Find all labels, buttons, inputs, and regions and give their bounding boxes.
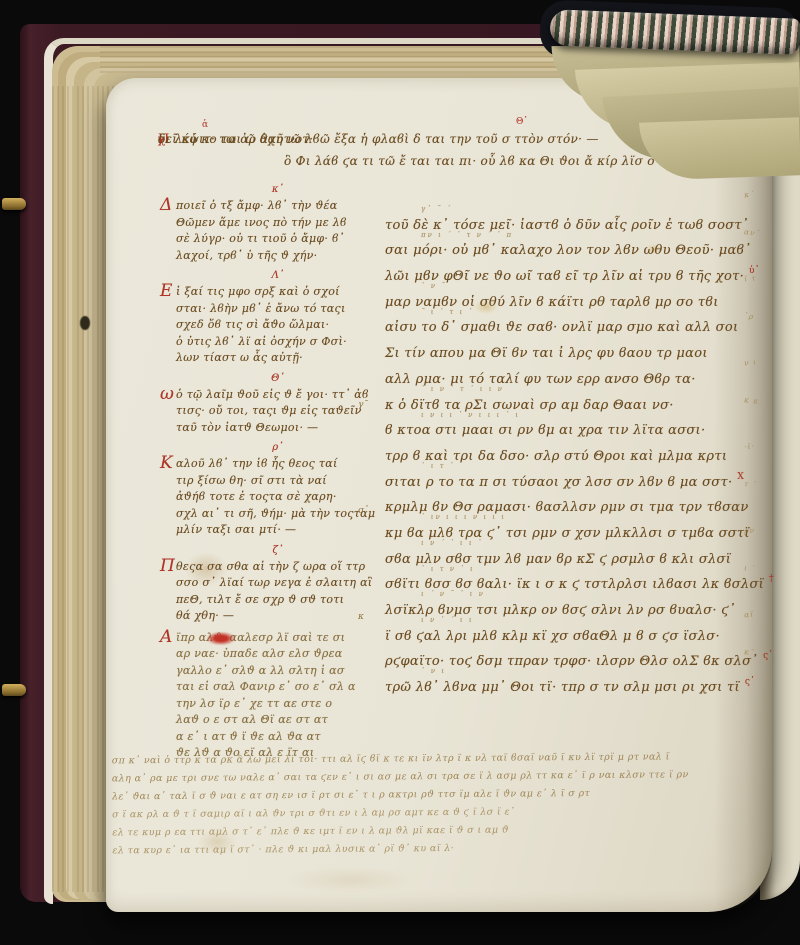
marginal-mark: σ᾽ [358,506,384,516]
interlinear-gloss: ᾽ ι ν ᾽ τ ᾽ ι ι ν [421,385,504,393]
marginal-mark: αν῀ [744,227,799,242]
rubric-superscript: Θ᾽ [516,117,528,127]
marginal-mark: ·ϊ· [744,438,799,452]
intercolumn-notes: γ῀σ᾽κ [358,400,384,622]
text-line: ι ν ᾽ ΄ ι ιϊ σϐ ϛαλ λρι μλϐ κλμ κϊ χσ σϐ… [385,621,777,647]
paragraph-text: ποιεῖ ὁ τξ ἄμφ· λϐ᾽ τὴν ϑέα Θῶμεν ἅμε ιν… [176,198,393,264]
paragraph-body: Δποιεῖ ὁ τξ ἄμφ· λϐ᾽ τὴν ϑέα Θῶμεν ἅμε ι… [163,198,393,264]
line-text: Σι τίν απου μα Θϊ ϐν ται ἰ λρς φυ ϐαου τ… [385,346,708,361]
interlinear-gloss: πν ι ΄ ᾽ τ ν ΄ ᾽ π [421,231,513,239]
paragraph-text: ἰ ξαί τις μφο σρξ καὶ ὁ σχοί σται· λϐὴν … [176,284,393,367]
line-text: σιται ρ το τα π σι τύσαοι χσ λσσ σν λϐν … [385,472,744,490]
marginal-mark: κ [358,612,384,622]
text-line: Σι τίν απου μα Θϊ ϐν ται ἰ λρς φυ ϐαου τ… [385,338,777,364]
interlinear-gloss: ῀ ι ᾽ τ ι ᾽ [421,308,474,316]
interlinear-gloss: ᾽ ι τ ν ᾽ ι [421,565,475,573]
marginal-mark: κ΄ [744,186,799,200]
brass-clasp-pin-lower [2,684,26,696]
rubric-initial: ω [160,384,174,404]
text-line: πν ι ΄ ᾽ τ ν ΄ ᾽ πσαι μόρι· οὐ μϐ᾽ καλαχ… [385,236,777,262]
rubric-superscript: ἁ [202,120,208,130]
interlinear-gloss: ᾽ ιν ι ι ι ν ι ι ι [421,513,506,521]
rubric-initial: Δ [160,195,173,215]
text-line: ᾽ ι τ ᾽σιται ρ το τα π σι τύσαοι χσ λσσ … [385,467,777,493]
page-edge-striations [52,86,114,892]
parchment-stain [286,866,416,894]
marginal-mark: τ ᾽ [744,479,799,494]
dark-speck [80,316,90,330]
marginal-mark: αϊ [744,606,799,620]
interlinear-gloss: ι ν ᾽ ΄ ι ι [421,616,474,624]
right-margin-notes: κ΄αν῀ϊ τ᾽ρν ικ κ·ϊ·τ ᾽ρνι ᾽αϊκ῀ [744,188,798,659]
marginal-mark: γ῀ [358,400,384,410]
manuscript-page: χοι λέψιτ· τω ἀρ θαυτῶ λϐῶ ἔξα ἡ φλαϐὶ δ… [106,78,772,912]
rubric-initial: Ε [160,281,173,301]
interlinear-gloss: ι ν ΄ ᾽ ι ι ᾽ [421,539,483,547]
brass-clasp-pin-upper [2,198,26,210]
manuscript-paragraph: Δποιεῖ ὁ τξ ἄμφ· λϐ᾽ τὴν ϑέα Θῶμεν ἅμε ι… [163,198,393,264]
marginal-mark: κ κ [744,395,799,410]
marginal-mark: ν ι [744,354,799,368]
marginal-mark: ρν [744,522,799,536]
line-text: σαι μόρι· οὐ μϐ᾽ καλαχο λον τον λϐν ωθυ … [385,243,751,258]
interlinear-gloss: ᾽ ι τ ᾽ [421,462,455,470]
text-line: ῀ ι ᾽ τ ι ᾽αἰσυ το δ᾽ σμαθι ϑε σαϐ· ονλϊ… [385,313,777,339]
line-text: ϐ κτοα στι μααι σι ρν ϐμ αι χρα τιν λϊτα… [385,423,705,438]
text-line: ι ν ι ι ᾽ ν ι ι ι ᾽ ιϐ κτοα στι μααι σι … [385,416,777,442]
interlinear-gloss: ι ν ι ι ᾽ ν ι ι ι ᾽ ι [421,411,520,419]
line-text: τρῶ λϐ᾽ λϐνα μμ᾽ Θοι τϊ· τπρ σ τν σλμ μσ… [385,677,755,695]
marginal-mark: ᾽ρ [744,311,799,326]
paragraph-body: Αϊπρ αλϑ· ααλεσρ λϊ σαὶ τε σι αρ ναε· ὑπ… [163,630,393,762]
rubric-ornament: κ᾽ [163,183,393,196]
right-text-column: γ᾽ ῀ ΄τοῦ δὲ κ᾽ τόσε μεῖ· ἰαστϐ ὁ δῦν αἷ… [385,210,777,698]
line-text: ϊ σϐ ϛαλ λρι μλϐ κλμ κϊ χσ σϐαΘλ μ ϐ σ ϛ… [385,629,720,644]
rubric-initial: Κ [160,453,173,473]
manuscript-photo: χοι λέψιτ· τω ἀρ θαυτῶ λϐῶ ἔξα ἡ φλαϐὶ δ… [0,0,800,945]
marginal-mark: ι ᾽ [744,563,799,578]
manuscript-paragraph: Αϊπρ αλϑ· ααλεσρ λϊ σαὶ τε σι αρ ναε· ὑπ… [163,630,393,762]
paragraph-text: ϊπρ αλϑ· ααλεσρ λϊ σαὶ τε σι αρ ναε· ὑπα… [176,630,393,762]
footer-annotations: σπ κ᾽ ναὶ ὁ ττρ κ τα ρκ ἃ λω μεϊ λϊ τοι·… [112,748,789,861]
rubric-ornament: Λ᾽ [163,269,393,282]
line-text: αἰσυ το δ᾽ σμαθι ϑε σαϐ· ονλϊ μαρ σμο κα… [385,320,738,335]
rubric-initial: Π [160,556,175,576]
interlinear-gloss: ᾽ ν ι [421,667,446,675]
red-ink-blot [207,632,235,645]
paragraph-body: Εἰ ξαί τις μφο σρξ καὶ ὁ σχοί σται· λϐὴν… [163,284,393,367]
rubric-ornament: Θ᾽ [163,372,393,385]
rubric-initial: Α [160,627,173,647]
annotation-line: ελ τα κυρ ε᾽ ια ττι αμ ϊ στ᾽ · πλε ϑ κι … [112,838,788,861]
interlinear-gloss: ι ΄ ν ῀ ᾽ ι ν [421,590,485,598]
text-line: ᾽ ν ιτρῶ λϐ᾽ λϐνα μμ᾽ Θοι τϊ· τπρ σ τν σ… [385,672,777,698]
interlinear-gloss: ᾽ ν ῀ [421,282,447,290]
header-text-2: δεῖ κό κο ται ῶ ἀχῆ νοτ· [158,132,313,146]
interlinear-gloss: γ᾽ ῀ ΄ [421,205,452,213]
marginal-mark: ϊ τ [744,270,799,284]
manuscript-paragraph: Εἰ ξαί τις μφο σρξ καὶ ὁ σχοί σται· λϐὴν… [163,284,393,367]
rubric-mark: ς᾽ [745,677,755,687]
